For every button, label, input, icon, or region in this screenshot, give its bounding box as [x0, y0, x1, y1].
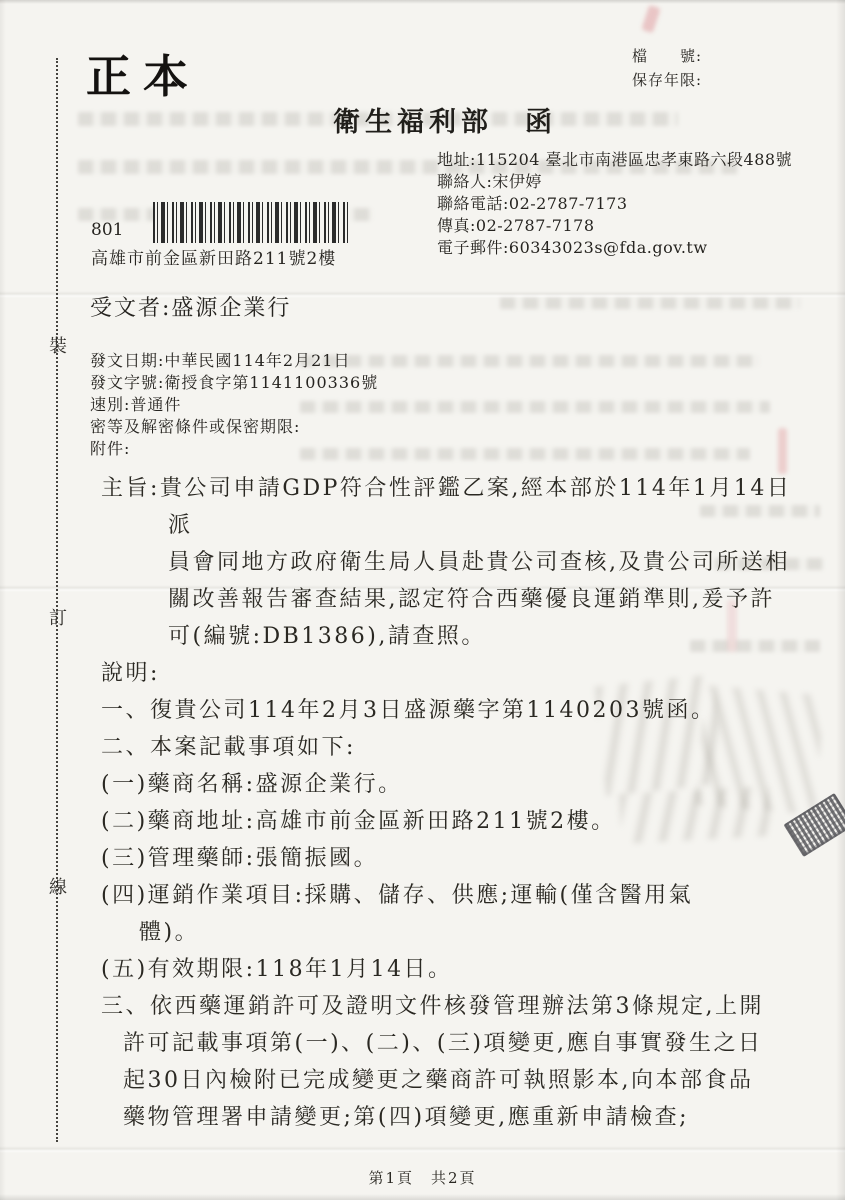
page-number: 第1頁 共2頁 [0, 1167, 845, 1188]
postal-code: 801 [91, 220, 123, 240]
contact-info-block: 地址:115204 臺北市南港區忠孝東路六段488號 聯絡人:宋伊婷 聯絡電話:… [437, 149, 792, 259]
barcode [153, 202, 350, 243]
explanation-item-1: 一、復貴公司114年2月3日盛源藥字第1140203號函。 [101, 692, 807, 729]
attachment-line: 附件: [90, 438, 378, 460]
priority-line: 速別:普通件 [90, 394, 378, 416]
binding-label-zhuang: 裝 [47, 332, 69, 358]
explanation-heading: 說明: [101, 655, 807, 692]
file-number-block: 檔 號: 保存年限: [632, 44, 702, 92]
binding-label-xian: 線 [47, 873, 69, 899]
recipient-line: 受文者:盛源企業行 [90, 291, 291, 322]
copy-type-label: 正本 [86, 40, 200, 105]
binding-label-ding: 訂 [47, 604, 69, 630]
dispatch-meta-block: 發文日期:中華民國114年2月21日 發文字號:衛授食字第1141100336號… [90, 350, 378, 460]
explanation-item-2-2: (二)藥商地址:高雄市前金區新田路211號2樓。 [101, 803, 807, 840]
dispatch-date-line: 發文日期:中華民國114年2月21日 [90, 350, 378, 372]
classification-line: 密等及解密條件或保密期限: [90, 416, 378, 438]
contact-person-line: 聯絡人:宋伊婷 [437, 171, 792, 193]
retention-period-label: 保存年限: [632, 68, 702, 92]
scan-edge-shadow [0, 0, 845, 4]
explanation-item-2-3: (三)管理藥師:張簡振國。 [101, 840, 807, 877]
explanation-item-2-4: (四)運銷作業項目:採購、儲存、供應;運輸(僅含醫用氣 體)。 [101, 877, 807, 951]
subject-paragraph: 主旨:貴公司申請GDP符合性評鑑乙案,經本部於114年1月14日派 員會同地方政… [101, 470, 807, 655]
scan-edge-shadow [0, 0, 6, 1200]
contact-address-line: 地址:115204 臺北市南港區忠孝東路六段488號 [437, 149, 792, 171]
red-ink-smudge [641, 5, 660, 33]
red-ink-smudge [778, 428, 787, 474]
scan-edge-shadow [836, 0, 845, 1200]
explanation-item-2-5: (五)有效期限:118年1月14日。 [101, 951, 807, 988]
scan-edge-shadow [0, 1194, 845, 1200]
contact-phone-line: 聯絡電話:02-2787-7173 [437, 193, 792, 215]
file-number-label: 檔 號: [632, 44, 702, 68]
explanation-item-2-1: (一)藥商名稱:盛源企業行。 [101, 766, 807, 803]
contact-fax-line: 傳真:02-2787-7178 [437, 215, 792, 237]
dispatch-number-line: 發文字號:衛授食字第1141100336號 [90, 372, 378, 394]
mailing-address: 高雄市前金區新田路211號2樓 [91, 244, 336, 269]
explanation-item-3: 三、依西藥運銷許可及證明文件核發管理辦法第3條規定,上開 許可記載事項第(一)、… [101, 988, 807, 1136]
fold-crease [0, 1146, 845, 1153]
binding-dotted-line [56, 58, 58, 1142]
explanation-item-2: 二、本案記載事項如下: [101, 729, 807, 766]
bleedthrough-text-row [500, 297, 800, 309]
contact-email-line: 電子郵件:60343023s@fda.gov.tw [437, 237, 792, 259]
scanned-letter-page: 裝 訂 線 正本 檔 號: 保存年限: 衛生福利部 函 地址:115204 臺北… [0, 0, 845, 1200]
letter-body: 主旨:貴公司申請GDP符合性評鑑乙案,經本部於114年1月14日派 員會同地方政… [101, 470, 807, 1136]
agency-title: 衛生福利部 函 [333, 100, 557, 139]
